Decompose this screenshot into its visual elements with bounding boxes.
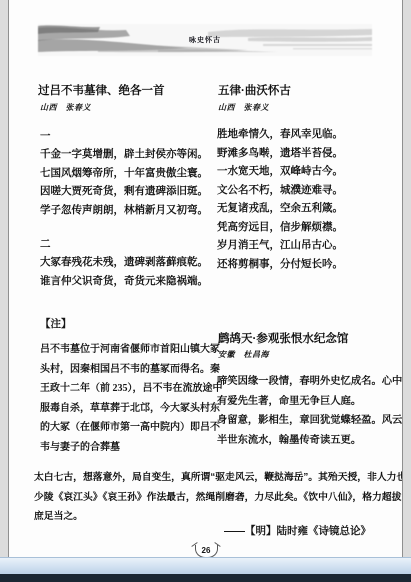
- note-line: 服毒自杀，草草葬于北邙，今大冢头村东: [40, 399, 225, 419]
- right-poem1-title: 五律·曲沃怀古: [218, 82, 291, 98]
- poem-line: 有爱先生著，命里无争巨人庭。: [217, 392, 402, 412]
- poem-line: 因嗟大贾死奇货，剩有遗碑添旧斑。: [40, 183, 208, 202]
- right-poem1-author: 山西 张春义: [218, 102, 269, 113]
- poem-line: 千金一字莫增删，辟土封侯亦等闲。: [40, 146, 208, 165]
- poem-line: 身留意，影相生，章回犹觉蝶轻盈。风云: [217, 411, 402, 431]
- left-page-edge: [0, 0, 9, 576]
- commentary-line: 太白七古，想落意外，局自变生，真所谓“驱走风云，鞭挞海岳”。其殆天授，非人力也。: [34, 468, 396, 488]
- note-line: 头村，因秦相国吕不韦的墓冢而得名。秦: [40, 360, 225, 380]
- right-poem2: 啼笑因缘一段情，春明外史忆成名。心中 有爱先生著，命里无争巨人庭。 身留意，影相…: [217, 372, 402, 450]
- poem-line: 七国风烟筹帝所，十年富贵傲尘寰。: [40, 165, 208, 184]
- poem-line: 一水宽天地，双峰峙古今。: [217, 163, 343, 182]
- left-poem-part2: 大冢春残花未残，遗碑剥落藓痕乾。 谁言仲父识奇货，奇货元来隐祸端。: [40, 254, 208, 291]
- poem-line: 谁言仲父识奇货，奇货元来隐祸端。: [40, 273, 208, 292]
- header-landscape-banner: 咏史怀古: [38, 24, 372, 56]
- page-number: 26: [191, 546, 221, 555]
- poem-line: 岁月消王气，江山吊古心。: [217, 237, 343, 256]
- poem-line: 凭高穷远目，信步解烦襟。: [217, 219, 343, 238]
- note-line: 王政十二年（前 235），吕不韦在流放途中: [40, 379, 225, 399]
- poem-line: 啼笑因缘一段情，春明外史忆成名。心中: [217, 372, 402, 392]
- window-bottom-band: [0, 557, 411, 575]
- banner-title: 咏史怀古: [38, 35, 372, 45]
- note-line: 吕不韦墓位于河南省偃师市首阳山镇大冢: [40, 340, 225, 360]
- commentary-attribution: ——【明】陆时雍《诗镜总论》: [224, 523, 371, 538]
- left-poem-part1: 千金一字莫增删，辟土封侯亦等闲。 七国风烟筹帝所，十年富贵傲尘寰。 因嗟大贾死奇…: [40, 146, 208, 220]
- right-poem2-title: 鹧鸪天·参观张恨水纪念馆: [218, 330, 348, 346]
- left-poem-title: 过吕不韦墓律、绝各一首: [38, 82, 165, 98]
- poem-line: 学子忽传声朗朗，林梢新月又初弯。: [40, 202, 208, 221]
- poem-line: 半世东流水，翰墨传奇读五更。: [217, 431, 402, 451]
- left-part2-label: 二: [40, 236, 51, 251]
- right-page-edge: [402, 0, 411, 576]
- window-bottom-edge: [0, 574, 411, 582]
- poem-line: 野滩多鸟啭，遗塔半苔侵。: [217, 145, 343, 164]
- note-text: 吕不韦墓位于河南省偃师市首阳山镇大冢 头村，因秦相国吕不韦的墓冢而得名。秦 王政…: [40, 340, 225, 457]
- note-line: 的大冢（在偃师市第一高中院内）即吕不: [40, 418, 225, 438]
- note-line: 韦与妻子的合葬墓: [40, 438, 225, 458]
- commentary-quote: 太白七古，想落意外，局自变生，真所谓“驱走风云，鞭挞海岳”。其殆天授，非人力也。…: [34, 468, 396, 527]
- right-poem1: 胜地牵情久，春风幸见临。 野滩多鸟啭，遗塔半苔侵。 一水宽天地，双峰峙古今。 文…: [217, 126, 343, 274]
- note-label: 【注】: [40, 316, 72, 331]
- book-page: 咏史怀古 过吕不韦墓律、绝各一首 五律·曲沃怀古 山西 张春义 山西 张春义 一…: [0, 0, 411, 582]
- poem-line: 文公名不朽，城濮迹难寻。: [217, 182, 343, 201]
- poem-line: 胜地牵情久，春风幸见临。: [217, 126, 343, 145]
- poem-line: 还将剪桐事，分付短长吟。: [217, 256, 343, 275]
- poem-line: 大冢春残花未残，遗碑剥落藓痕乾。: [40, 254, 208, 273]
- left-part1-label: 一: [40, 128, 51, 143]
- left-poem-author: 山西 张春义: [40, 102, 91, 113]
- poem-line: 无复诸戎乱，空余五利箴。: [217, 200, 343, 219]
- commentary-line: 少陵《哀江头》《哀王孙》作法最古，然绳削磨砻，力尽此矣。《饮中八仙》，格力超拔，: [34, 488, 396, 508]
- right-poem2-author: 安徽 杜昌海: [218, 349, 269, 360]
